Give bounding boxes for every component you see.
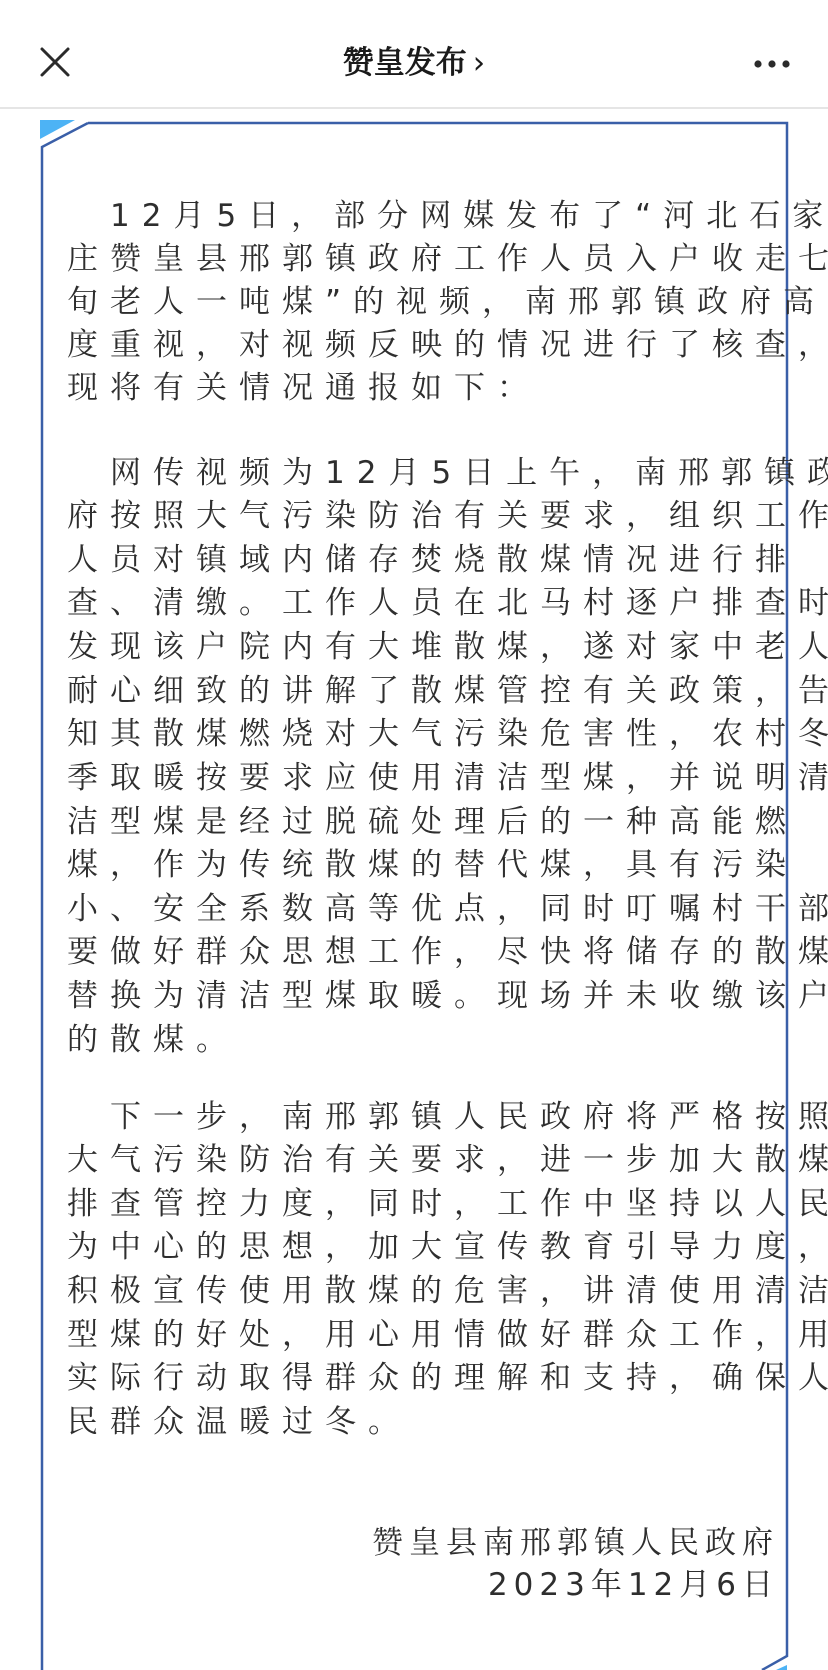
more-options-button[interactable] (748, 52, 796, 76)
text-line: 民群众温暖过冬。 (67, 1402, 411, 1442)
more-icon (748, 52, 796, 76)
account-title-link[interactable]: 赞皇发布› (0, 40, 828, 86)
text-line: 12月5日，部分网媒发布了“河北石家 (110, 196, 828, 236)
article-frame: 12月5日，部分网媒发布了“河北石家 庄赞皇县邢郭镇政府工作人员入户收走七 旬老… (0, 109, 828, 1670)
text-line: 小、安全系数高等优点，同时叮嘱村干部 (67, 889, 828, 929)
text-line: 现将有关情况通报如下： (67, 368, 540, 408)
issue-date: 2023年12月6日 (488, 1565, 779, 1605)
text-line: 耐心细致的讲解了散煤管控有关政策，告 (67, 671, 828, 711)
text-line: 为中心的思想，加大宣传教育引导力度， (67, 1227, 828, 1267)
text-line: 大气污染防治有关要求，进一步加大散煤 (67, 1140, 828, 1180)
text-line: 网传视频为12月5日上午，南邢郭镇政 (110, 453, 828, 493)
text-line: 季取暖按要求应使用清洁型煤，并说明清 (67, 758, 828, 798)
text-line: 查、清缴。工作人员在北马村逐户排查时 (67, 583, 828, 623)
text-line: 型煤的好处，用心用情做好群众工作，用 (67, 1315, 828, 1355)
account-name: 赞皇发布 (343, 45, 467, 81)
text-line: 府按照大气污染防治有关要求，组织工作 (67, 496, 828, 536)
chevron-right-icon: › (473, 45, 485, 81)
text-line: 度重视，对视频反映的情况进行了核查， (67, 325, 828, 365)
text-line: 要做好群众思想工作，尽快将储存的散煤 (67, 932, 828, 972)
text-line: 排查管控力度，同时，工作中坚持以人民 (67, 1184, 828, 1224)
text-line: 积极宣传使用散煤的危害，讲清使用清洁 (67, 1271, 828, 1311)
text-line: 煤，作为传统散煤的替代煤，具有污染 (67, 845, 798, 885)
text-line: 洁型煤是经过脱硫处理后的一种高能燃 (67, 802, 798, 842)
top-nav-bar: 赞皇发布› (0, 0, 828, 109)
text-line: 旬老人一吨煤”的视频，南邢郭镇政府高 (67, 282, 826, 322)
issuer-name: 赞皇县南邢郭镇人民政府 (372, 1523, 779, 1563)
text-line: 的散煤。 (67, 1020, 239, 1060)
text-line: 发现该户院内有大堆散煤，遂对家中老人 (67, 627, 828, 667)
text-line: 庄赞皇县邢郭镇政府工作人员入户收走七 (67, 239, 828, 279)
text-line: 人员对镇域内储存焚烧散煤情况进行排 (67, 540, 798, 580)
text-line: 实际行动取得群众的理解和支持，确保人 (67, 1358, 828, 1398)
text-line: 知其散煤燃烧对大气污染危害性，农村冬 (67, 714, 828, 754)
text-line: 替换为清洁型煤取暖。现场并未收缴该户 (67, 976, 828, 1016)
text-line: 下一步，南邢郭镇人民政府将严格按照 (110, 1097, 828, 1137)
